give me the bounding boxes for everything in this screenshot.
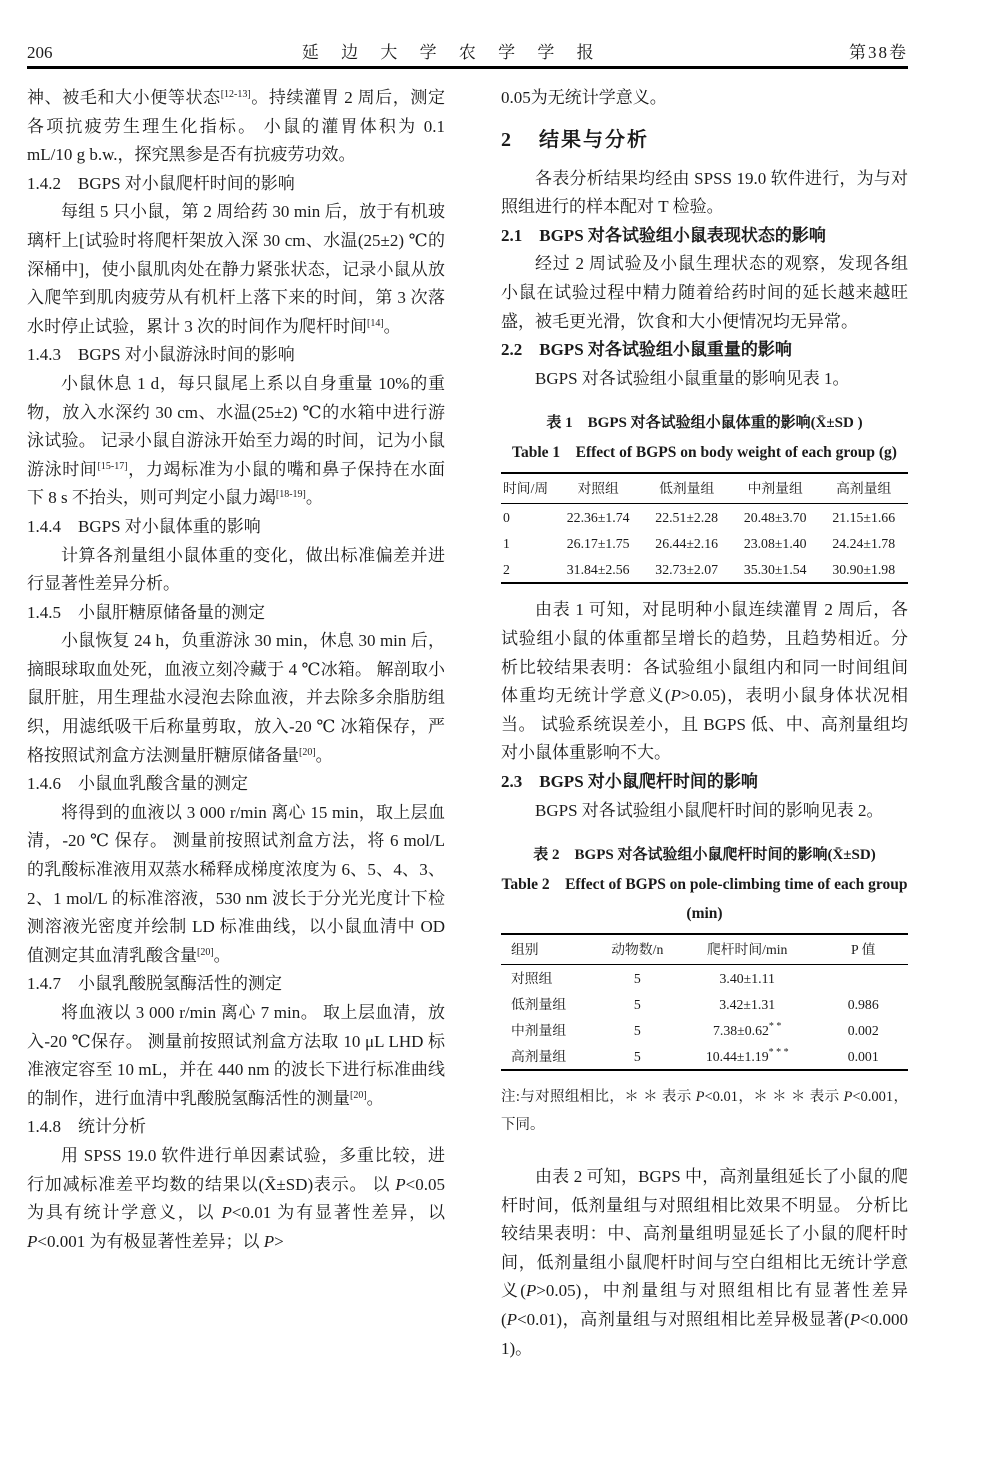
paragraph: 每组 5 只小鼠，第 2 周给药 30 min 后，放于有机玻璃杆上[试验时将爬…: [27, 198, 445, 341]
table-row: 231.84±2.5632.73±2.0735.30±1.5430.90±1.9…: [501, 556, 908, 583]
table-cell: 0.001: [818, 1043, 908, 1070]
table2: 组别动物数/n爬杆时间/minP 值对照组53.40±1.11低剂量组53.42…: [501, 933, 908, 1071]
subsection-heading: 2.1 BGPS 对各试验组小鼠表现状态的影响: [501, 222, 908, 251]
table-row: 对照组53.40±1.11: [501, 965, 908, 992]
paragraph: 神、被毛和大小便等状态[12-13]。持续灌胃 2 周后，测定各项抗疲劳生理生化…: [27, 84, 445, 170]
paragraph: 计算各剂量组小鼠体重的变化，做出标准偏差并进行显著性差异分析。: [27, 542, 445, 599]
paragraph: 将得到的血液以 3 000 r/min 离心 15 min，取上层血清，-20 …: [27, 799, 445, 971]
column-header: 组别: [501, 934, 599, 965]
italic-variable: P: [395, 1175, 405, 1194]
table-body: 对照组53.40±1.11低剂量组53.42±1.310.986中剂量组57.3…: [501, 965, 908, 1071]
subsection-heading: 2.3 BGPS 对小鼠爬杆时间的影响: [501, 768, 908, 797]
table-cell: 30.90±1.98: [819, 556, 908, 583]
column-header: 时间/周: [501, 473, 554, 504]
paragraph: 经过 2 周试验及小鼠生理状态的观察，发现各组小鼠在试验过程中精力随着给药时间的…: [501, 250, 908, 336]
subsection-heading: 1.4.4 BGPS 对小鼠体重的影响: [27, 513, 445, 542]
italic-variable: P: [696, 1089, 705, 1105]
table-cell: 1: [501, 530, 554, 556]
table-cell: 22.36±1.74: [554, 504, 643, 531]
italic-variable: P: [671, 686, 681, 705]
table-row: 中剂量组57.38±0.62* *0.002: [501, 1017, 908, 1043]
paragraph: 小鼠休息 1 d，每只鼠尾上系以自身重量 10%的重物，放入水深约 30 cm、…: [27, 370, 445, 513]
table-cell: 5: [599, 965, 676, 992]
table-cell: 10.44±1.19* * *: [676, 1043, 818, 1070]
table-caption-cn: 表 1 BGPS 对各试验组小鼠体重的影响(X̄±SD ): [501, 409, 908, 438]
table-block-table1: 表 1 BGPS 对各试验组小鼠体重的影响(X̄±SD )Table 1 Eff…: [501, 409, 908, 584]
table-cell: 35.30±1.54: [731, 556, 820, 583]
italic-variable: P: [27, 1232, 37, 1251]
significance-marker: * * *: [769, 1047, 789, 1058]
column-header: 对照组: [554, 473, 643, 504]
table-cell: 5: [599, 1017, 676, 1043]
italic-variable: P: [843, 1089, 852, 1105]
table-row: 低剂量组53.42±1.310.986: [501, 991, 908, 1017]
table-caption-en: Table 2 Effect of BGPS on pole-climbing …: [501, 870, 908, 928]
citation-ref: [20]: [299, 747, 316, 758]
right-column: 0.05为无统计学意义。2结果与分析各表分析结果均经由 SPSS 19.0 软件…: [501, 84, 908, 1363]
table-cell: 5: [599, 991, 676, 1017]
paragraph: 0.05为无统计学意义。: [501, 84, 908, 113]
paragraph: BGPS 对各试验组小鼠重量的影响见表 1。: [501, 365, 908, 394]
subsection-heading: 1.4.5 小鼠肝糖原储备量的测定: [27, 599, 445, 628]
table-note: 注:与对照组相比，＊ ＊ 表示 P<0.01，＊ ＊ ＊ 表示 P<0.001，…: [501, 1083, 908, 1139]
italic-variable: P: [850, 1310, 860, 1329]
column-header: 动物数/n: [599, 934, 676, 965]
section-number: 2: [501, 129, 511, 151]
header-rule: [27, 66, 908, 69]
table-block-table2: 表 2 BGPS 对各试验组小鼠爬杆时间的影响(X̄±SD)Table 2 Ef…: [501, 841, 908, 1071]
paragraph: 各表分析结果均经由 SPSS 19.0 软件进行，为与对照组进行的样本配对 T …: [501, 165, 908, 222]
table-cell: 5: [599, 1043, 676, 1070]
paragraph: 将血液以 3 000 r/min 离心 7 min。 取上层血清，放入-20 ℃…: [27, 999, 445, 1113]
table-row: 126.17±1.7526.44±2.1623.08±1.4024.24±1.7…: [501, 530, 908, 556]
paragraph: 由表 2 可知，BGPS 中，高剂量组延长了小鼠的爬杆时间，低剂量组与对照组相比…: [501, 1163, 908, 1363]
table-cell: 0.002: [818, 1017, 908, 1043]
italic-variable: P: [221, 1203, 231, 1222]
table-cell: 3.42±1.31: [676, 991, 818, 1017]
page-header: 206 延 边 大 学 农 学 学 报 第38卷: [27, 38, 908, 63]
citation-ref: [20]: [350, 1090, 367, 1101]
table-body: 022.36±1.7422.51±2.2820.48±3.7021.15±1.6…: [501, 504, 908, 584]
left-column: 神、被毛和大小便等状态[12-13]。持续灌胃 2 周后，测定各项抗疲劳生理生化…: [27, 84, 445, 1363]
citation-ref: [20]: [197, 947, 214, 958]
italic-variable: P: [264, 1232, 274, 1251]
column-header: P 值: [818, 934, 908, 965]
table-head: 时间/周对照组低剂量组中剂量组高剂量组: [501, 473, 908, 504]
table-cell: 23.08±1.40: [731, 530, 820, 556]
paragraph: 小鼠恢复 24 h，负重游泳 30 min，休息 30 min 后，摘眼球取血处…: [27, 627, 445, 770]
table-caption-en: Table 1 Effect of BGPS on body weight of…: [501, 438, 908, 467]
table-cell: 7.38±0.62* *: [676, 1017, 818, 1043]
section-title: 结果与分析: [539, 129, 649, 151]
table-cell: 对照组: [501, 965, 599, 992]
journal-title: 延 边 大 学 农 学 学 报: [302, 38, 600, 63]
subsection-heading: 2.2 BGPS 对各试验组小鼠重量的影响: [501, 336, 908, 365]
table-cell: 低剂量组: [501, 991, 599, 1017]
table-header-row: 组别动物数/n爬杆时间/minP 值: [501, 934, 908, 965]
italic-variable: P: [526, 1281, 536, 1300]
citation-ref: [15-17]: [98, 461, 128, 472]
paragraph: BGPS 对各试验组小鼠爬杆时间的影响见表 2。: [501, 797, 908, 826]
subsection-heading: 1.4.7 小鼠乳酸脱氢酶活性的测定: [27, 970, 445, 999]
citation-ref: [14]: [367, 318, 384, 329]
table-header-row: 时间/周对照组低剂量组中剂量组高剂量组: [501, 473, 908, 504]
page-number: 206: [27, 43, 53, 63]
journal-page: 206 延 边 大 学 农 学 学 报 第38卷 神、被毛和大小便等状态[12-…: [0, 0, 988, 1462]
italic-variable: P: [507, 1310, 517, 1329]
subsection-heading: 1.4.2 BGPS 对小鼠爬杆时间的影响: [27, 170, 445, 199]
table-caption-cn: 表 2 BGPS 对各试验组小鼠爬杆时间的影响(X̄±SD): [501, 841, 908, 870]
table-cell: 中剂量组: [501, 1017, 599, 1043]
table-row: 022.36±1.7422.51±2.2820.48±3.7021.15±1.6…: [501, 504, 908, 531]
table-cell: 24.24±1.78: [819, 530, 908, 556]
table-cell: 26.17±1.75: [554, 530, 643, 556]
article-body: 神、被毛和大小便等状态[12-13]。持续灌胃 2 周后，测定各项抗疲劳生理生化…: [27, 84, 908, 1363]
table-row: 高剂量组510.44±1.19* * *0.001: [501, 1043, 908, 1070]
table-cell: 0.986: [818, 991, 908, 1017]
section-heading: 2结果与分析: [501, 125, 908, 155]
subsection-heading: 1.4.3 BGPS 对小鼠游泳时间的影响: [27, 341, 445, 370]
column-header: 爬杆时间/min: [676, 934, 818, 965]
table-cell: 3.40±1.11: [676, 965, 818, 992]
table-cell: [818, 965, 908, 992]
table-cell: 高剂量组: [501, 1043, 599, 1070]
citation-ref: [12-13]: [221, 89, 251, 100]
paragraph: 由表 1 可知，对昆明种小鼠连续灌胃 2 周后，各试验组小鼠的体重都呈增长的趋势…: [501, 596, 908, 768]
table-cell: 20.48±3.70: [731, 504, 820, 531]
table-cell: 26.44±2.16: [642, 530, 731, 556]
table1: 时间/周对照组低剂量组中剂量组高剂量组022.36±1.7422.51±2.28…: [501, 472, 908, 584]
column-header: 高剂量组: [819, 473, 908, 504]
significance-marker: * *: [769, 1021, 782, 1032]
volume-number: 第38卷: [849, 38, 908, 63]
table-cell: 32.73±2.07: [642, 556, 731, 583]
column-header: 中剂量组: [731, 473, 820, 504]
table-cell: 0: [501, 504, 554, 531]
paragraph: 用 SPSS 19.0 软件进行单因素试验，多重比较，进行加减标准差平均数的结果…: [27, 1142, 445, 1256]
table-cell: 21.15±1.66: [819, 504, 908, 531]
citation-ref: [18-19]: [276, 489, 306, 500]
subsection-heading: 1.4.8 统计分析: [27, 1113, 445, 1142]
subsection-heading: 1.4.6 小鼠血乳酸含量的测定: [27, 770, 445, 799]
table-cell: 31.84±2.56: [554, 556, 643, 583]
table-head: 组别动物数/n爬杆时间/minP 值: [501, 934, 908, 965]
table-cell: 2: [501, 556, 554, 583]
column-header: 低剂量组: [642, 473, 731, 504]
table-cell: 22.51±2.28: [642, 504, 731, 531]
